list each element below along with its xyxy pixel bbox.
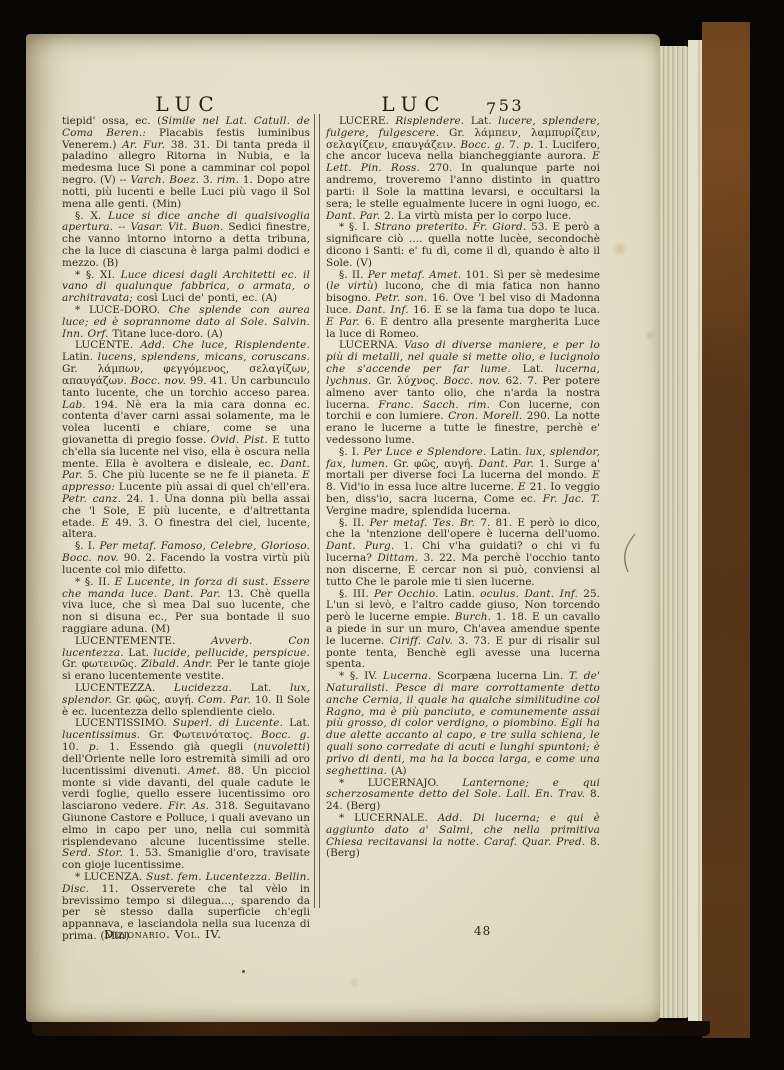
- page-number: 753: [486, 96, 524, 115]
- book-cover-bottom-edge: [32, 1021, 710, 1036]
- running-head-right: LUC: [344, 92, 484, 116]
- dictionary-paragraph: * §. IV. Lucerna. Scorpæna lucerna Lin. …: [326, 671, 600, 777]
- dictionary-paragraph: LUCERE. Risplendere. Lat. lucere, splend…: [326, 116, 600, 222]
- dictionary-paragraph: LUCERNA. Vaso di diverse maniere, e per …: [326, 340, 600, 446]
- dictionary-paragraph: §. I. Per Luce e Splendore. Latin. lux, …: [326, 447, 600, 518]
- column-divider-rule: [314, 114, 320, 908]
- dictionary-page-scan: LUC LUC 753 tiepid' ossa, ec. (Simile ne…: [26, 34, 660, 1022]
- dictionary-paragraph: * §. I. Strano preterito. Fr. Giord. 53.…: [326, 222, 600, 269]
- book-cover-edge: [702, 22, 750, 1038]
- volume-footer-label: Dizionario. Vol. IV.: [104, 927, 221, 941]
- dictionary-paragraph: LUCENTEMENTE. Avverb. Con lucentezza. La…: [62, 636, 310, 683]
- dictionary-paragraph: * LUCERNALE. Add. Di lucerna; e qui è ag…: [326, 813, 600, 860]
- dictionary-paragraph: LUCENTE. Add. Che luce, Risplendente. La…: [62, 340, 310, 541]
- dictionary-paragraph: §. II. Per metaf. Amet. 101. Sì per sè m…: [326, 270, 600, 341]
- dictionary-paragraph: * §. XI. Luce dicesi dagli Architetti ec…: [62, 270, 310, 305]
- dictionary-paragraph: * LUCERNAJO. Lanternone; e qui scherzosa…: [326, 778, 600, 813]
- dictionary-paragraph: * §. II. E Lucente, in forza di sust. Es…: [62, 577, 310, 636]
- foxing-stain: [644, 330, 656, 341]
- signature-mark: 48: [474, 924, 491, 938]
- stray-pen-mark: [614, 532, 642, 574]
- text-column-left: tiepid' ossa, ec. (Simile nel Lat. Catul…: [62, 116, 310, 943]
- dictionary-paragraph: LUCENTISSIMO. Superl. di Lucente. Lat. l…: [62, 718, 310, 872]
- dictionary-paragraph: tiepid' ossa, ec. (Simile nel Lat. Catul…: [62, 116, 310, 211]
- foxing-stain: [612, 242, 628, 256]
- running-head-left: LUC: [118, 92, 258, 116]
- page-edge-stack: [656, 46, 688, 1018]
- foxing-stain: [348, 976, 361, 988]
- dictionary-paragraph: * LUCE-DORO. Che splende con aurea luce;…: [62, 305, 310, 340]
- dictionary-paragraph: LUCENTEZZA. Lucidezza. Lat. lux, splendo…: [62, 683, 310, 718]
- dictionary-paragraph: §. II. Per metaf. Tes. Br. 7. 81. E però…: [326, 518, 600, 589]
- scanner-background: { "header": { "left_title": "LUC", "righ…: [0, 0, 784, 1070]
- dictionary-paragraph: §. III. Per Occhio. Latin. oculus. Dant.…: [326, 589, 600, 672]
- dictionary-paragraph: §. X. Luce si dice anche di qualsivoglia…: [62, 211, 310, 270]
- text-column-right: LUCERE. Risplendere. Lat. lucere, splend…: [326, 116, 600, 860]
- dictionary-paragraph: §. I. Per metaf. Famoso, Celebre, Glorio…: [62, 541, 310, 576]
- ink-speck: [242, 970, 245, 973]
